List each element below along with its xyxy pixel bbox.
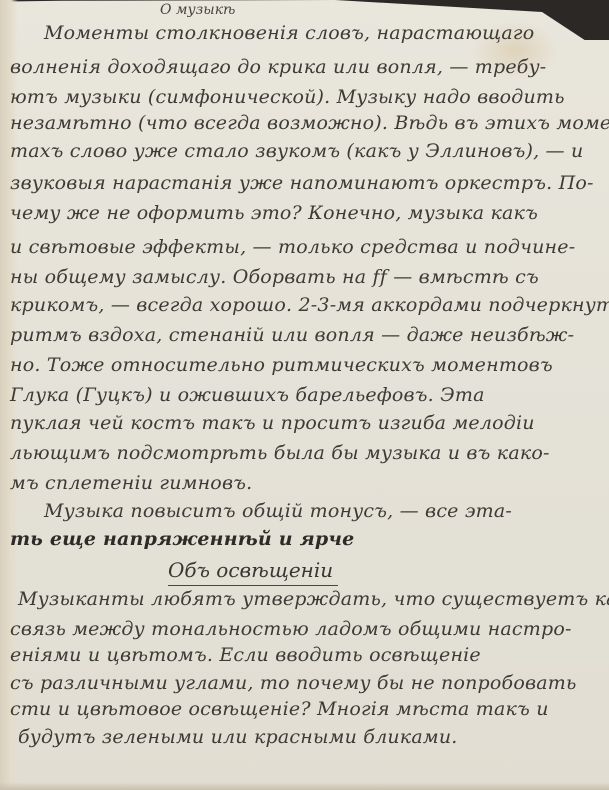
text-line: но. Тоже относительно ритмическихъ момен… (10, 356, 553, 375)
manuscript-page: О музыкѣ Моменты столкновенія словъ, нар… (0, 0, 609, 790)
text-line: чему же не оформить это? Конечно, музыка… (10, 204, 538, 223)
text-line: Музыканты любятъ утверждать, что существ… (18, 590, 609, 609)
text-line: сти и цвѣтовое освѣщеніе? Многія мѣста т… (10, 700, 549, 719)
text-line: звуковыя нарастанія уже напоминаютъ орке… (10, 174, 594, 193)
handwritten-text: О музыкѣ Моменты столкновенія словъ, нар… (0, 0, 609, 790)
text-line: мъ сплетеніи гимновъ. (10, 474, 252, 493)
text-line: ны общему замыслу. Оборвать на ff — вмѣс… (10, 268, 539, 287)
text-line: съ различными углами, то почему бы не по… (10, 674, 577, 693)
text-line: и свѣтовые эффекты, — только средства и … (10, 238, 575, 257)
text-line: еніями и цвѣтомъ. Если вводить освѣщеніе (10, 646, 481, 665)
text-line: льющимъ подсмотрѣть была бы музыка и въ … (10, 444, 550, 463)
text-line: ть еще напряженнѣй и ярче (10, 530, 354, 549)
text-line: тахъ слово уже стало звукомъ (какъ у Элл… (10, 142, 583, 161)
text-line: ритмъ вздоха, стенаній или вопля — даже … (10, 326, 574, 345)
text-line: Глука (Гуцкъ) и ожившихъ барельефовъ. Эт… (10, 386, 485, 405)
text-line: ютъ музыки (симфонической). Музыку надо … (10, 88, 565, 107)
text-line: Моменты столкновенія словъ, нарастающаго (44, 24, 534, 43)
text-line: незамѣтно (что всегда возможно). Вѣдь въ… (10, 114, 609, 133)
text-line: связь между тональностью ладомъ общими н… (10, 620, 572, 639)
text-line: будутъ зелеными или красными бликами. (18, 728, 458, 747)
text-line: пуклая чей костъ такъ и проситъ изгиба м… (10, 414, 535, 433)
text-line: Музыка повыситъ общій тонусъ, — все эта- (44, 502, 512, 521)
text-line: крикомъ, — всегда хорошо. 2-3-мя аккорда… (10, 296, 609, 315)
page-title: О музыкѣ (160, 2, 235, 18)
section-heading: Объ освѣщеніи (168, 558, 338, 586)
text-line: волненія доходящаго до крика или вопля, … (10, 58, 546, 77)
